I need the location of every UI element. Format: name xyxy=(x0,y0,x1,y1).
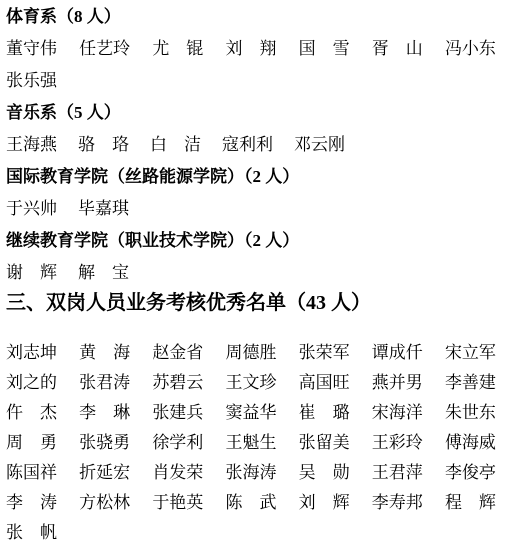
name-line: 谢 辉 解 宝 xyxy=(6,257,496,289)
person-name: 张留美 xyxy=(299,428,350,458)
section-heading: 体育系（8 人） xyxy=(6,1,496,33)
person-name: 徐学利 xyxy=(152,428,203,458)
person-name: 王文珍 xyxy=(225,368,276,398)
document-page: 体育系（8 人） 董守伟 任艺玲 尤 锟 刘 翔 国 雪 胥 山 冯小东 张乐强… xyxy=(0,0,512,554)
person-name: 李 涛 xyxy=(6,488,57,518)
person-name: 胥 山 xyxy=(372,33,423,65)
name-line: 王海燕 骆 珞 白 洁 寇利利 邓云刚 xyxy=(6,129,496,161)
person-name: 尤 锟 xyxy=(152,33,203,65)
person-name: 陈国祥 xyxy=(6,458,57,488)
person-name: 刘志坤 xyxy=(6,338,57,368)
person-name: 白 洁 xyxy=(150,129,201,161)
person-name: 谭成仟 xyxy=(372,338,423,368)
person-name: 方松林 xyxy=(79,488,130,518)
person-name: 李善建 xyxy=(445,368,496,398)
roster-row: 仵 杰 李 琳 张建兵 窦益华 崔 璐 宋海洋 朱世东 xyxy=(6,398,496,428)
person-name: 傅海威 xyxy=(445,428,496,458)
person-name: 朱世东 xyxy=(445,398,496,428)
person-name: 谢 辉 xyxy=(6,257,57,289)
person-name: 张建兵 xyxy=(152,398,203,428)
person-name: 苏碧云 xyxy=(152,368,203,398)
section-continuing-education-college: 继续教育学院（职业技术学院）（2 人） 谢 辉 解 宝 xyxy=(6,225,496,289)
person-name: 王海燕 xyxy=(6,129,57,161)
section-international-college: 国际教育学院（丝路能源学院）（2 人） 于兴帅 毕嘉琪 xyxy=(6,161,496,225)
person-name: 于艳英 xyxy=(152,488,203,518)
roster-row: 刘志坤 黄 海 赵金省 周德胜 张荣军 谭成仟 宋立军 xyxy=(6,338,496,368)
roster-list: 刘志坤 黄 海 赵金省 周德胜 张荣军 谭成仟 宋立军 刘之的 张君涛 苏碧云 … xyxy=(6,338,496,548)
roster-row: 陈国祥 折延宏 肖发荣 张海涛 吴 勋 王君萍 李俊亭 xyxy=(6,458,496,488)
person-name: 李俊亭 xyxy=(445,458,496,488)
section-heading: 国际教育学院（丝路能源学院）（2 人） xyxy=(6,161,496,193)
person-name: 崔 璐 xyxy=(299,398,350,428)
person-name: 董守伟 xyxy=(6,33,57,65)
person-name: 邓云刚 xyxy=(294,129,345,161)
person-name: 解 宝 xyxy=(78,257,129,289)
person-name: 燕并男 xyxy=(372,368,423,398)
person-name: 仵 杰 xyxy=(6,398,57,428)
person-name: 宋海洋 xyxy=(372,398,423,428)
person-name: 张海涛 xyxy=(225,458,276,488)
section-heading: 继续教育学院（职业技术学院）（2 人） xyxy=(6,225,496,257)
person-name: 程 辉 xyxy=(445,488,496,518)
name-line: 张乐强 xyxy=(6,65,496,97)
person-name: 王魁生 xyxy=(225,428,276,458)
person-name: 刘 翔 xyxy=(225,33,276,65)
name-line: 董守伟 任艺玲 尤 锟 刘 翔 国 雪 胥 山 冯小东 xyxy=(6,33,496,65)
roster-row: 周 勇 张骁勇 徐学利 王魁生 张留美 王彩玲 傅海威 xyxy=(6,428,496,458)
person-name: 张乐强 xyxy=(6,65,57,97)
person-name: 张 帆 xyxy=(6,518,57,548)
person-name: 宋立军 xyxy=(445,338,496,368)
person-name: 折延宏 xyxy=(79,458,130,488)
section-heading: 音乐系（5 人） xyxy=(6,97,496,129)
person-name: 骆 珞 xyxy=(78,129,129,161)
name-line: 于兴帅 毕嘉琪 xyxy=(6,193,496,225)
person-name: 赵金省 xyxy=(152,338,203,368)
person-name: 于兴帅 xyxy=(6,193,57,225)
person-name: 国 雪 xyxy=(299,33,350,65)
roster-row: 刘之的 张君涛 苏碧云 王文珍 高国旺 燕并男 李善建 xyxy=(6,368,496,398)
person-name: 刘 辉 xyxy=(299,488,350,518)
person-name: 任艺玲 xyxy=(79,33,130,65)
person-name: 毕嘉琪 xyxy=(78,193,129,225)
person-name: 王君萍 xyxy=(372,458,423,488)
person-name: 肖发荣 xyxy=(152,458,203,488)
person-name: 刘之的 xyxy=(6,368,57,398)
roster-row: 张 帆 xyxy=(6,518,496,548)
person-name: 李寿邦 xyxy=(372,488,423,518)
section-music-dept: 音乐系（5 人） 王海燕 骆 珞 白 洁 寇利利 邓云刚 xyxy=(6,97,496,161)
person-name: 张君涛 xyxy=(79,368,130,398)
roster-heading: 三、双岗人员业务考核优秀名单（43 人） xyxy=(6,289,496,317)
person-name: 黄 海 xyxy=(79,338,130,368)
person-name: 王彩玲 xyxy=(372,428,423,458)
person-name: 张荣军 xyxy=(299,338,350,368)
person-name: 吴 勋 xyxy=(299,458,350,488)
person-name: 陈 武 xyxy=(225,488,276,518)
person-name: 张骁勇 xyxy=(79,428,130,458)
section-sports-dept: 体育系（8 人） 董守伟 任艺玲 尤 锟 刘 翔 国 雪 胥 山 冯小东 张乐强 xyxy=(6,1,496,97)
person-name: 周德胜 xyxy=(225,338,276,368)
person-name: 高国旺 xyxy=(299,368,350,398)
person-name: 冯小东 xyxy=(445,33,496,65)
roster-row: 李 涛 方松林 于艳英 陈 武 刘 辉 李寿邦 程 辉 xyxy=(6,488,496,518)
person-name: 窦益华 xyxy=(225,398,276,428)
person-name: 周 勇 xyxy=(6,428,57,458)
person-name: 李 琳 xyxy=(79,398,130,428)
person-name: 寇利利 xyxy=(222,129,273,161)
